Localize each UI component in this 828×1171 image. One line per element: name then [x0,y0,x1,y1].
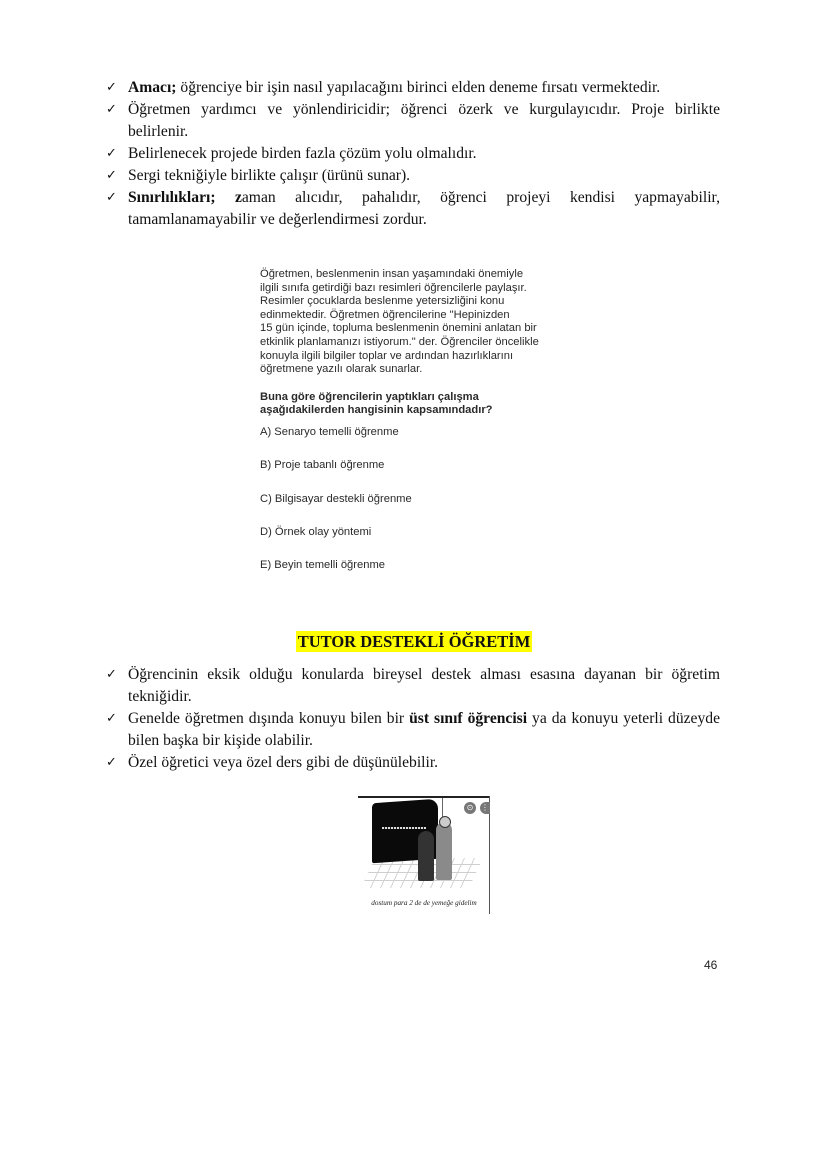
bullet-item: ✓ Öğrencinin eksik olduğu konularda bire… [106,664,720,708]
bullet-text: Sergi tekniğiyle birlikte çalışır (ürünü… [128,165,720,187]
bullet-text: Belirlenecek projede birden fazla çözüm … [128,143,720,165]
question-prompt: Buna göre öğrencilerin yaptıkları çalışm… [260,391,580,418]
checkmark-icon: ✓ [106,752,117,774]
question-stem: Öğretmen, beslenmenin insan yaşamındaki … [260,268,580,377]
exam-question: Öğretmen, beslenmenin insan yaşamındaki … [260,268,580,592]
checkmark-icon: ✓ [106,664,117,686]
bullet-item: ✓ Genelde öğretmen dışında konuyu bilen … [106,708,720,752]
cartoon-image: ⊙ ⋮ dostum para 2 de de yemeğe gidelim [358,796,490,914]
figure-person-right [436,822,452,880]
stem-line: ilgili sınıfa getirdiği bazı resimleri ö… [260,282,580,296]
figure-border-top [358,796,490,798]
bullet-item: ✓ Sergi tekniğiyle birlikte çalışır (ürü… [106,165,720,187]
option-d: D) Örnek olay yöntemi [260,526,580,559]
stem-line: etkinlik planlamanızı istiyorum." der. Ö… [260,336,580,350]
stem-line: öğretmene yazılı olarak sunarlar. [260,363,580,377]
bullet-item: ✓ Belirlenecek projede birden fazla çözü… [106,143,720,165]
checkmark-icon: ✓ [106,187,117,209]
answer-options: A) Senaryo temelli öğrenme B) Proje taba… [260,426,580,592]
prompt-line: Buna göre öğrencilerin yaptıkları çalışm… [260,391,580,405]
bullet-bold-label: Sınırlılıkları; z [128,189,242,206]
cartoon-caption: dostum para 2 de de yemeğe gidelim [358,899,490,907]
bullet-text: Öğretmen yardımcı ve yönlendiricidir; öğ… [128,99,720,143]
chalk-writing [382,827,426,829]
stem-line: 15 gün içinde, topluma beslenmenin önemi… [260,322,580,336]
stem-line: konuyla ilgili bilgiler toplar ve ardınd… [260,350,580,364]
tutor-method-bullets: ✓ Öğrencinin eksik olduğu konularda bire… [106,664,720,774]
bullet-text: Öğrencinin eksik olduğu konularda bireys… [128,664,720,708]
option-c: C) Bilgisayar destekli öğrenme [260,493,580,526]
stem-line: Resimler çocuklarda beslenme yetersizliğ… [260,295,580,309]
section-heading-wrap: TUTOR DESTEKLİ ÖĞRETİM [0,631,828,652]
lens-icon[interactable]: ⊙ [464,802,476,814]
figure-head [439,816,451,828]
option-b: B) Proje tabanlı öğrenme [260,459,580,492]
bullet-item: ✓ Sınırlılıkları; zaman alıcıdır, pahalı… [106,187,720,231]
project-method-bullets: ✓ Amacı; öğrenciye bir işin nasıl yapıla… [106,77,720,231]
prompt-line: aşağıdakilerden hangisinin kapsamındadır… [260,404,580,418]
document-page: ✓ Amacı; öğrenciye bir işin nasıl yapıla… [0,0,828,1171]
checkmark-icon: ✓ [106,99,117,121]
section-heading: TUTOR DESTEKLİ ÖĞRETİM [296,631,533,652]
bullet-item: ✓ Amacı; öğrenciye bir işin nasıl yapıla… [106,77,720,99]
bullet-item: ✓ Özel öğretici veya özel ders gibi de d… [106,752,720,774]
checkmark-icon: ✓ [106,165,117,187]
option-e: E) Beyin temelli öğrenme [260,559,580,592]
bullet-text: Genelde öğretmen dışında konuyu bilen bi… [128,710,409,727]
bullet-item: ✓ Öğretmen yardımcı ve yönlendiricidir; … [106,99,720,143]
bullet-bold-term: üst sınıf öğrencisi [409,710,527,727]
bullet-bold-label: Amacı; [128,79,177,96]
more-icon[interactable]: ⋮ [480,802,490,814]
checkmark-icon: ✓ [106,708,117,730]
bullet-text: öğrenciye bir işin nasıl yapılacağını bi… [177,79,661,96]
stem-line: edinmektedir. Öğretmen öğrencilerine "He… [260,309,580,323]
stem-line: Öğretmen, beslenmenin insan yaşamındaki … [260,268,580,282]
checkmark-icon: ✓ [106,77,117,99]
page-number: 46 [704,958,717,972]
checkmark-icon: ✓ [106,143,117,165]
bullet-text: Özel öğretici veya özel ders gibi de düş… [128,752,720,774]
figure-person-left [418,831,434,881]
option-a: A) Senaryo temelli öğrenme [260,426,580,459]
